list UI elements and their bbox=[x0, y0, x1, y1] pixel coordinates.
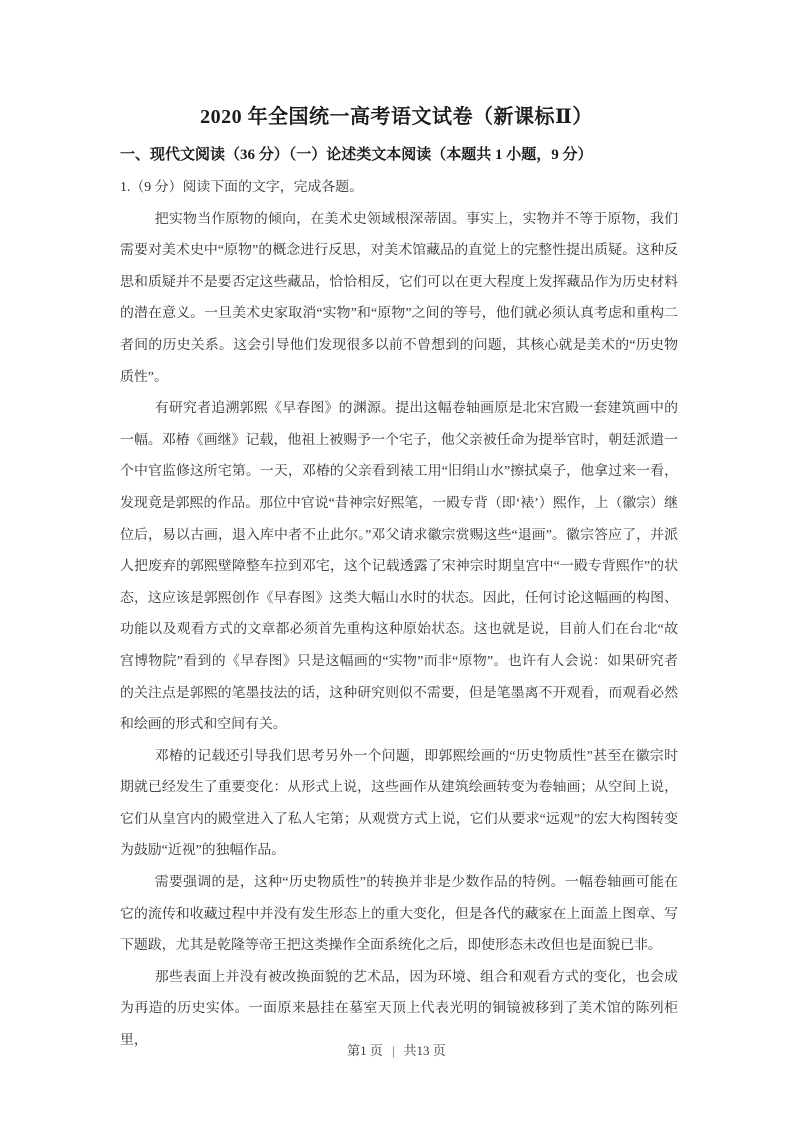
question-intro: 1.（9 分）阅读下面的文字，完成各题。 bbox=[120, 172, 678, 204]
page-number-label: 第1 页 bbox=[347, 1043, 383, 1058]
body-paragraph-3: 邓椿的记载还引导我们思考另外一个问题，即郭熙绘画的“历史物质性”甚至在徽宗时期就… bbox=[120, 741, 678, 867]
exam-paper-page: 2020 年全国统一高考语文试卷（新课标Ⅱ） 一、现代文阅读（36 分）（一）论… bbox=[0, 0, 793, 1122]
section-heading: 一、现代文阅读（36 分）（一）论述类文本阅读（本题共 1 小题，9 分） bbox=[120, 143, 678, 164]
body-paragraph-2: 有研究者追溯郭熙《早春图》的渊源。提出这幅卷轴画原是北宋宫殿一套建筑画中的一幅。… bbox=[120, 393, 678, 741]
body-paragraph-1: 把实物当作原物的倾向，在美术史领域根深蒂固。事实上，实物并不等于原物，我们需要对… bbox=[120, 204, 678, 394]
body-paragraph-4: 需要强调的是，这种“历史物质性”的转换并非是少数作品的特例。一幅卷轴画可能在它的… bbox=[120, 867, 678, 962]
document-body: 1.（9 分）阅读下面的文字，完成各题。 把实物当作原物的倾向，在美术史领域根深… bbox=[120, 172, 678, 1057]
page-footer: 第1 页|共13 页 bbox=[0, 1040, 793, 1059]
footer-separator: | bbox=[392, 1043, 395, 1059]
page-total-label: 共13 页 bbox=[404, 1043, 446, 1058]
document-title: 2020 年全国统一高考语文试卷（新课标Ⅱ） bbox=[0, 100, 793, 129]
